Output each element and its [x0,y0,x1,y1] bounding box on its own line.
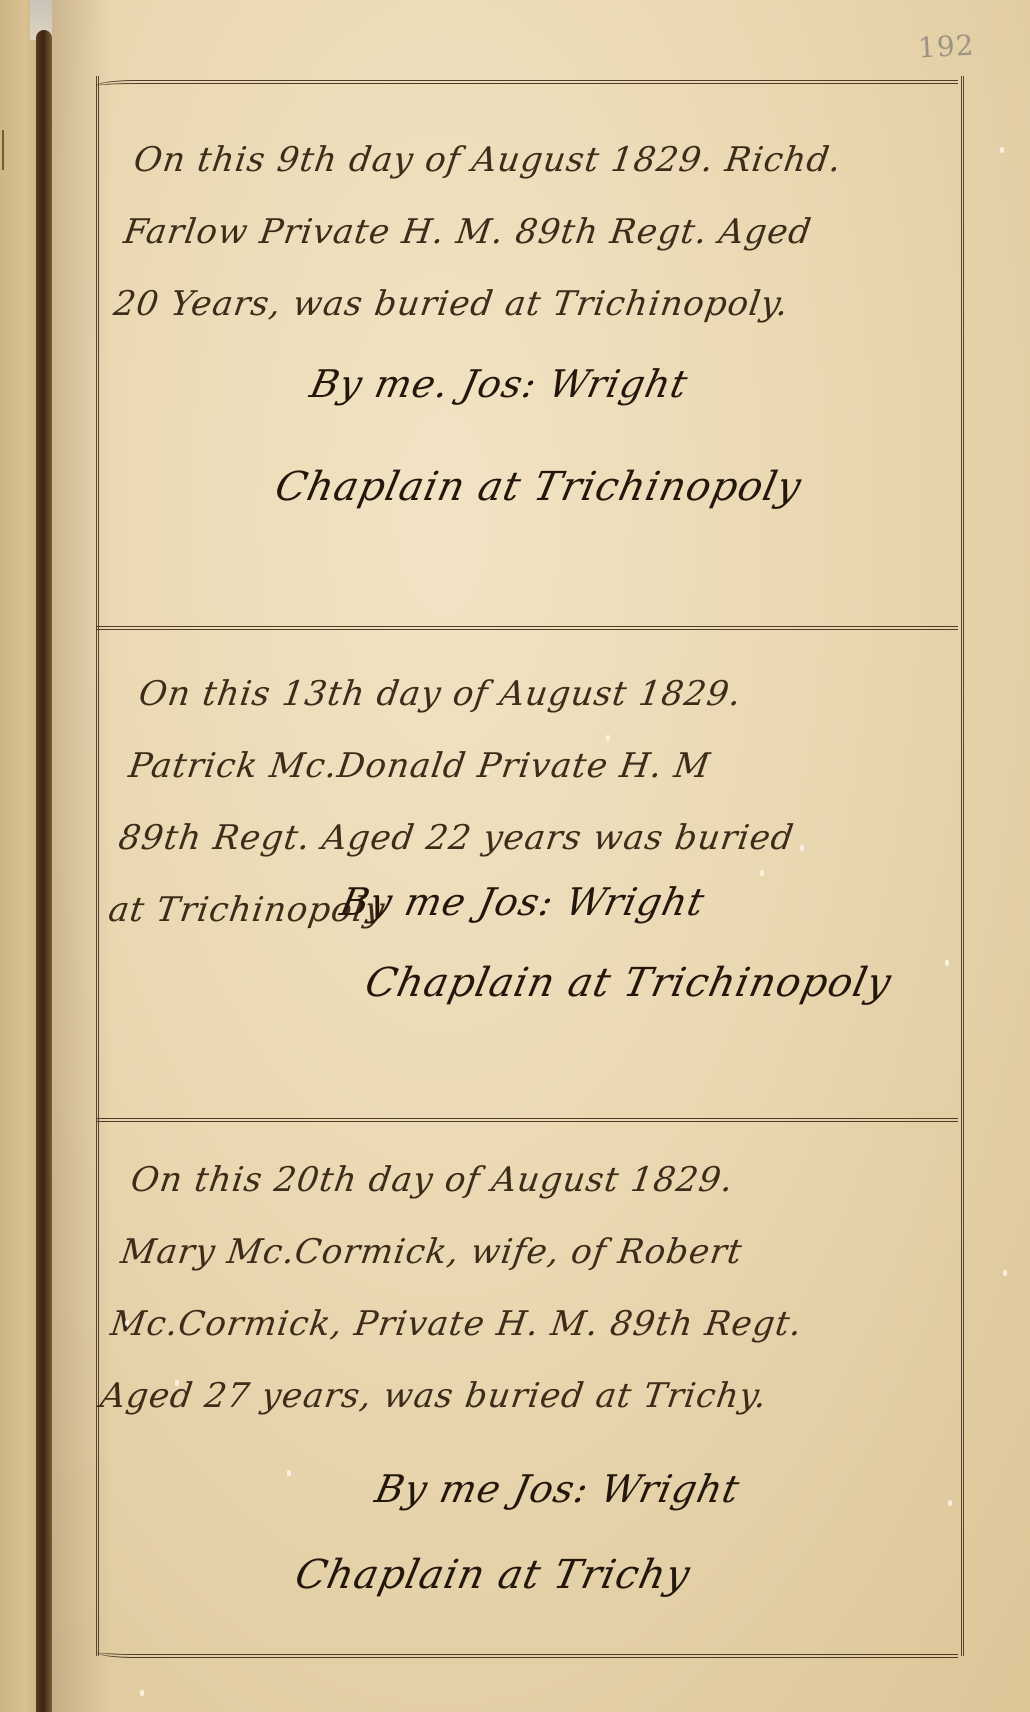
paper-speck [760,870,764,876]
paper-speck [125,1320,129,1326]
paper-speck [485,768,489,774]
paper-speck [140,1690,144,1696]
paper-speck [175,1380,179,1386]
signature-by: By me. Jos: Wright [306,362,692,406]
burial-entry: On this 9th day of August 1829. Richd. F… [96,80,958,628]
signature-title: Chaplain at Trichinopoly [361,960,896,1006]
paper-speck [1000,147,1004,153]
paper-speck [1003,1270,1007,1276]
entry-line: Farlow Private H. M. 89th Regt. Aged [119,196,933,268]
left-page-ink-mark [2,130,14,170]
paper-speck [287,1470,291,1476]
burial-entry: On this 20th day of August 1829. Mary Mc… [96,1118,958,1658]
entry-text: On this 9th day of August 1829. Richd. F… [109,124,943,340]
paper-speck [800,845,804,851]
book-gutter [36,30,52,1712]
page-number: 192 [917,29,975,65]
signature-title: Chaplain at Trichy [291,1552,695,1598]
entry-line: Mary Mc.Cormick, wife, of Robert [116,1216,938,1288]
entry-text: On this 20th day of August 1829. Mary Mc… [96,1144,948,1432]
entry-line: On this 20th day of August 1829. [126,1144,948,1216]
burial-entry: On this 13th day of August 1829. Patrick… [96,626,958,1120]
entry-line: Patrick Mc.Donald Private H. M [124,730,938,802]
entry-line: 89th Regt. Aged 22 years was buried [114,802,928,874]
entry-line: 20 Years, was buried at Trichinopoly. [109,268,923,340]
signature-title: Chaplain at Trichinopoly [271,464,806,510]
entry-line: Mc.Cormick, Private H. M. 89th Regt. [106,1288,928,1360]
signature-by: By me Jos: Wright [336,880,709,924]
entry-line: On this 13th day of August 1829. [134,658,948,730]
signature-by: By me Jos: Wright [371,1467,744,1511]
paper-speck [945,960,949,966]
entry-line: On this 9th day of August 1829. Richd. [129,124,943,196]
entry-line: Aged 27 years, was buried at Trichy. [96,1360,918,1432]
paper-speck [606,735,610,741]
paper-speck [948,1500,952,1506]
